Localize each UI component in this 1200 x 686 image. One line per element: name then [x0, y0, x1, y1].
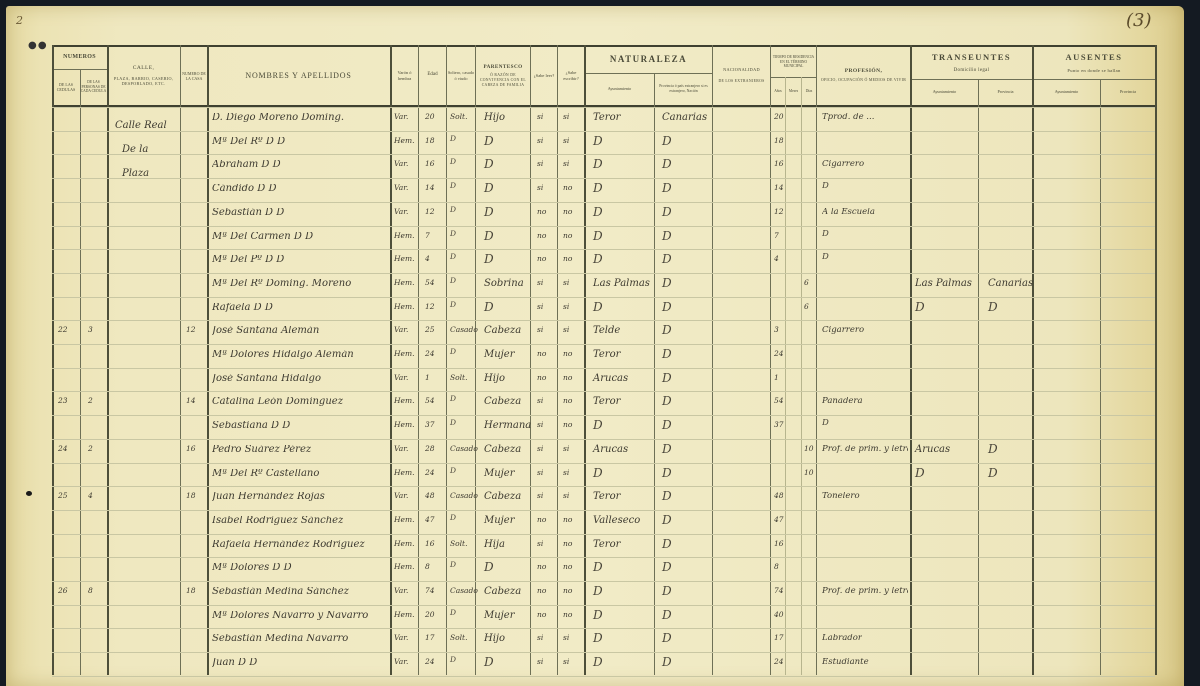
cell-nat-prov: D	[662, 561, 672, 573]
cell-nombre: Mª Dolores Navarro y Navarro	[212, 611, 368, 621]
header-tiempo-anos: Años	[771, 78, 785, 104]
cell-edad: 14	[425, 184, 435, 192]
cell-nat-ayto: D	[593, 656, 603, 668]
header-numero-casa: NUMERO DE LA CASA	[181, 47, 207, 104]
cell-cedula: 25	[58, 492, 68, 500]
cell-anos: 3	[774, 326, 779, 334]
cell-parentesco: Hijo	[484, 374, 505, 384]
header-tiempo-dias: Días	[802, 78, 816, 104]
cell-nombre: Mª Del Pº D D	[212, 255, 284, 265]
cell-nombre: Cándido D D	[212, 184, 276, 194]
cell-escribir: no	[563, 184, 572, 192]
cell-anos: 17	[774, 634, 784, 642]
cell-parentesco: Hija	[484, 540, 505, 550]
cell-estado: Casado	[450, 445, 478, 453]
header-profesion: PROFESIÓN, OFICIO, OCUPACIÓN Ó MEDIOS DE…	[817, 47, 910, 104]
cell-leer: si	[537, 421, 543, 429]
cell-escribir: si	[563, 303, 569, 311]
cell-anos: 24	[774, 350, 784, 358]
cell-trans-prov: D	[988, 301, 998, 313]
cell-nat-ayto: Teror	[593, 397, 620, 407]
cell-nombre: Rafaela D D	[212, 303, 273, 313]
cell-edad: 54	[425, 397, 435, 405]
cell-parentesco: Mujer	[484, 611, 514, 621]
cell-anos: 8	[774, 563, 779, 571]
cell-parentesco: Hijo	[484, 634, 505, 644]
cell-meses: 6	[804, 303, 809, 311]
cell-nat-prov: D	[662, 253, 672, 265]
cell-nombre: Sebastián Medina Sánchez	[212, 587, 349, 597]
cell-escribir: si	[563, 160, 569, 168]
cell-leer: si	[537, 303, 543, 311]
cell-nat-prov: D	[662, 230, 672, 242]
cell-parentesco: D	[484, 230, 494, 242]
cell-trans-ayto: D	[915, 301, 925, 313]
cell-nat-ayto: Telde	[593, 326, 620, 336]
corner-mark: 2	[16, 14, 23, 27]
header-nacionalidad: NACIONALIDAD DE LOS EXTRANJEROS	[713, 47, 770, 104]
cell-nat-ayto: D	[593, 230, 603, 242]
cell-sexo: Hem.	[394, 303, 414, 311]
cell-anos: 12	[774, 208, 784, 216]
cell-escribir: no	[563, 540, 572, 548]
cell-nombre: Sebastiana D D	[212, 421, 290, 431]
cell-nat-prov: D	[662, 585, 672, 597]
cell-leer: si	[537, 184, 543, 192]
cell-escribir: no	[563, 255, 572, 263]
cell-nombre: Isabel Rodríguez Sánchez	[212, 516, 343, 526]
cell-profesion: Tprod. de ...	[822, 113, 874, 122]
header-ausentes-provincia: Provincia	[1101, 80, 1155, 104]
cell-sexo: Var.	[394, 184, 408, 192]
cell-estado: Casado	[450, 492, 478, 500]
cell-anos: 20	[774, 113, 784, 121]
cell-trans-prov: Canarias	[988, 279, 1033, 289]
cell-nat-ayto: D	[593, 632, 603, 644]
cell-edad: 25	[425, 326, 435, 334]
cell-edad: 24	[425, 469, 435, 477]
cell-estado: D	[450, 467, 456, 475]
cell-parentesco: D	[484, 656, 494, 668]
cell-parentesco: Hermana	[484, 421, 531, 431]
cell-edad: 16	[425, 540, 435, 548]
cell-profesion: D	[822, 419, 829, 428]
cell-nat-prov: D	[662, 490, 672, 502]
header-calle-title: CALLE,	[133, 65, 155, 72]
cell-estado: D	[450, 182, 456, 190]
cell-profesion: Prof. de prim. y letras	[822, 445, 908, 454]
cell-edad: 12	[425, 208, 435, 216]
cell-anos: 74	[774, 587, 784, 595]
cell-sexo: Hem.	[394, 516, 414, 524]
cell-edad: 37	[425, 421, 435, 429]
cell-persona: 3	[88, 326, 93, 334]
cell-estado: D	[450, 656, 456, 664]
header-nacionalidad-sub: DE LOS EXTRANJEROS	[718, 79, 764, 84]
cell-nat-prov: D	[662, 277, 672, 289]
header-naturaleza-ayuntamiento: Ayuntamiento	[585, 74, 654, 104]
cell-persona: 4	[88, 492, 93, 500]
header-naturaleza-provincia: Provincia ó país extranjero si es extran…	[655, 74, 712, 104]
cell-nat-prov: Canarias	[662, 113, 707, 123]
cell-anos: 7	[774, 232, 779, 240]
cell-trans-ayto: D	[915, 467, 925, 479]
header-parentesco-title: PARENTESCO	[483, 64, 522, 71]
cell-nombre: Mª Del Rº Doming. Moreno	[212, 279, 351, 289]
cell-parentesco: Cabeza	[484, 587, 521, 597]
cell-edad: 74	[425, 587, 435, 595]
cell-profesion: Panadera	[822, 397, 863, 406]
census-sheet	[6, 6, 1184, 675]
cell-anos: 24	[774, 658, 784, 666]
cell-sexo: Hem.	[394, 540, 414, 548]
cell-cedula: 22	[58, 326, 68, 334]
header-transeuntes-title: TRANSEUNTES	[932, 52, 1011, 63]
cell-estado: Solt.	[450, 634, 467, 642]
header-parentesco-sub: Ó RAZÓN DE CONVIVENCIA CON EL CABEZA DE …	[476, 73, 530, 87]
cell-leer: no	[537, 374, 546, 382]
cell-parentesco: Cabeza	[484, 445, 521, 455]
cell-estado: D	[450, 609, 456, 617]
cell-profesion: Estudiante	[822, 658, 869, 667]
cell-escribir: si	[563, 492, 569, 500]
cell-nat-ayto: Teror	[593, 113, 620, 123]
cell-sexo: Hem.	[394, 611, 414, 619]
cell-nat-prov: D	[662, 395, 672, 407]
cell-casa: 14	[186, 397, 196, 405]
cell-parentesco: D	[484, 182, 494, 194]
cell-cedula: 26	[58, 587, 68, 595]
cell-anos: 14	[774, 184, 784, 192]
cell-estado: Casado	[450, 326, 478, 334]
cell-nat-ayto: Teror	[593, 492, 620, 502]
cell-leer: si	[537, 634, 543, 642]
cell-nat-prov: D	[662, 538, 672, 550]
cell-nombre: Juan D D	[212, 658, 257, 668]
header-nacionalidad-title: NACIONALIDAD	[723, 67, 760, 72]
cell-estado: D	[450, 561, 456, 569]
cell-estado: Solt.	[450, 113, 467, 121]
cell-leer: no	[537, 516, 546, 524]
cell-parentesco: D	[484, 561, 494, 573]
cell-escribir: si	[563, 658, 569, 666]
header-tiempo-meses: Meses	[786, 78, 801, 104]
cell-edad: 4	[425, 255, 430, 263]
cell-nat-ayto: D	[593, 158, 603, 170]
cell-nat-ayto: D	[593, 561, 603, 573]
cell-parentesco: D	[484, 301, 494, 313]
cell-casa: 16	[186, 445, 196, 453]
cell-nat-prov: D	[662, 609, 672, 621]
cell-escribir: si	[563, 113, 569, 121]
cell-escribir: no	[563, 397, 572, 405]
cell-nombre: Sebastián Medina Navarro	[212, 634, 348, 644]
cell-nombre: Mª Del Carmen D D	[212, 232, 313, 242]
cell-escribir: si	[563, 445, 569, 453]
cell-sexo: Hem.	[394, 350, 414, 358]
street-line-1: Calle Real	[115, 121, 167, 131]
header-sabe-leer: ¿Sabe leer?	[531, 47, 557, 104]
cell-escribir: no	[563, 611, 572, 619]
header-transeuntes-sub: Domicilio legal	[954, 68, 990, 74]
cell-estado: D	[450, 301, 456, 309]
cell-leer: si	[537, 658, 543, 666]
header-ausentes-ayuntamiento: Ayuntamiento	[1033, 80, 1100, 104]
header-ausentes: AUSENTES Punto en donde se hallan	[1033, 47, 1155, 79]
cell-escribir: si	[563, 137, 569, 145]
page-number: (3)	[1126, 10, 1152, 31]
cell-leer: no	[537, 587, 546, 595]
cell-parentesco: Sobrina	[484, 279, 524, 289]
cell-meses: 10	[804, 469, 814, 477]
header-numeros-cedulas: DE LAS CEDULAS	[52, 70, 80, 104]
cell-escribir: si	[563, 326, 569, 334]
cell-trans-prov: D	[988, 467, 998, 479]
street-line-3: Plaza	[122, 169, 149, 179]
cell-anos: 37	[774, 421, 784, 429]
cell-nat-ayto: Teror	[593, 350, 620, 360]
cell-nat-ayto: D	[593, 301, 603, 313]
cell-sexo: Hem.	[394, 563, 414, 571]
cell-cedula: 24	[58, 445, 68, 453]
cell-nat-ayto: D	[593, 467, 603, 479]
cell-edad: 7	[425, 232, 430, 240]
cell-parentesco: Cabeza	[484, 397, 521, 407]
cell-nat-prov: D	[662, 372, 672, 384]
cell-edad: 16	[425, 160, 435, 168]
cell-escribir: si	[563, 469, 569, 477]
cell-anos: 54	[774, 397, 784, 405]
cell-nombre: Juan Hernández Rojas	[212, 492, 325, 502]
cell-nat-prov: D	[662, 632, 672, 644]
cell-sexo: Var.	[394, 160, 408, 168]
cell-leer: si	[537, 540, 543, 548]
cell-meses: 10	[804, 445, 814, 453]
cell-anos: 18	[774, 137, 784, 145]
cell-sexo: Var.	[394, 492, 408, 500]
cell-parentesco: Cabeza	[484, 492, 521, 502]
cell-nat-prov: D	[662, 419, 672, 431]
cell-profesion: D	[822, 182, 829, 191]
cell-leer: si	[537, 137, 543, 145]
cell-sexo: Hem.	[394, 255, 414, 263]
header-numeros: NUMEROS	[52, 47, 107, 69]
ink-spot	[26, 491, 32, 496]
cell-nombre: Mª Del Rº D D	[212, 137, 285, 147]
cell-estado: D	[450, 348, 456, 356]
cell-edad: 28	[425, 445, 435, 453]
cell-nat-ayto: D	[593, 206, 603, 218]
cell-estado: D	[450, 514, 456, 522]
cell-estado: D	[450, 277, 456, 285]
cell-sexo: Hem.	[394, 279, 414, 287]
cell-anos: 47	[774, 516, 784, 524]
punch-marks: ● ●	[28, 40, 46, 51]
cell-nombre: Mª Del Rº Castellano	[212, 469, 319, 479]
cell-edad: 18	[425, 137, 435, 145]
cell-estado: D	[450, 206, 456, 214]
cell-escribir: no	[563, 421, 572, 429]
cell-persona: 8	[88, 587, 93, 595]
cell-leer: si	[537, 326, 543, 334]
header-parentesco: PARENTESCO Ó RAZÓN DE CONVIVENCIA CON EL…	[476, 47, 530, 104]
header-numeros-personas: DE LAS PERSONAS DE CADA CEDULA	[80, 70, 107, 104]
cell-parentesco: Mujer	[484, 516, 514, 526]
cell-nat-prov: D	[662, 206, 672, 218]
cell-leer: si	[537, 160, 543, 168]
cell-nombre: D. Diego Moreno Doming.	[212, 113, 344, 123]
header-transeuntes-ayuntamiento: Ayuntamiento	[911, 80, 978, 104]
cell-nombre: José Santana Alemán	[212, 326, 319, 336]
cell-leer: no	[537, 611, 546, 619]
cell-estado: D	[450, 395, 456, 403]
cell-nat-ayto: D	[593, 135, 603, 147]
header-profesion-title: PROFESIÓN,	[845, 68, 882, 75]
cell-sexo: Var.	[394, 445, 408, 453]
cell-escribir: no	[563, 563, 572, 571]
header-ausentes-sub: Punto en donde se hallan	[1067, 68, 1120, 74]
cell-parentesco: D	[484, 158, 494, 170]
header-transeuntes-provincia: Provincia	[979, 80, 1032, 104]
cell-sexo: Var.	[394, 326, 408, 334]
cell-escribir: no	[563, 350, 572, 358]
cell-leer: si	[537, 469, 543, 477]
cell-escribir: no	[563, 208, 572, 216]
cell-escribir: no	[563, 516, 572, 524]
header-naturaleza: NATURALEZA	[585, 47, 712, 73]
header-ausentes-title: AUSENTES	[1066, 52, 1123, 63]
cell-anos: 16	[774, 160, 784, 168]
cell-cedula: 23	[58, 397, 68, 405]
cell-nat-prov: D	[662, 348, 672, 360]
cell-nat-prov: D	[662, 301, 672, 313]
cell-nat-prov: D	[662, 158, 672, 170]
cell-edad: 1	[425, 374, 430, 382]
cell-escribir: no	[563, 232, 572, 240]
cell-nombre: José Santana Hidalgo	[212, 374, 321, 384]
cell-nombre: Abraham D D	[212, 160, 281, 170]
cell-edad: 12	[425, 303, 435, 311]
cell-casa: 18	[186, 587, 196, 595]
cell-nat-prov: D	[662, 182, 672, 194]
cell-edad: 24	[425, 658, 435, 666]
cell-edad: 20	[425, 611, 435, 619]
cell-nat-prov: D	[662, 514, 672, 526]
cell-edad: 47	[425, 516, 435, 524]
cell-edad: 20	[425, 113, 435, 121]
cell-profesion: A la Escuela	[822, 208, 875, 217]
cell-leer: si	[537, 445, 543, 453]
cell-profesion: D	[822, 230, 829, 239]
cell-leer: no	[537, 350, 546, 358]
header-tiempo-residencia: TIEMPO DE RESIDENCIA EN EL TÉRMINO MUNIC…	[771, 47, 816, 77]
cell-anos: 40	[774, 611, 784, 619]
cell-nat-prov: D	[662, 443, 672, 455]
cell-nat-ayto: Arucas	[593, 445, 628, 455]
cell-parentesco: D	[484, 135, 494, 147]
cell-trans-ayto: Las Palmas	[915, 279, 972, 289]
cell-profesion: Cigarrero	[822, 160, 864, 169]
cell-sexo: Var.	[394, 587, 408, 595]
cell-estado: Solt.	[450, 374, 467, 382]
cell-anos: 1	[774, 374, 779, 382]
cell-profesion: Labrador	[822, 634, 862, 643]
cell-nat-ayto: Arucas	[593, 374, 628, 384]
cell-trans-prov: D	[988, 443, 998, 455]
cell-parentesco: Cabeza	[484, 326, 521, 336]
header-transeuntes: TRANSEUNTES Domicilio legal	[911, 47, 1032, 79]
cell-leer: no	[537, 208, 546, 216]
cell-trans-ayto: Arucas	[915, 445, 950, 455]
cell-edad: 24	[425, 350, 435, 358]
cell-sexo: Var.	[394, 113, 408, 121]
header-varon: Varón ó hembra	[391, 47, 418, 104]
cell-anos: 4	[774, 255, 779, 263]
cell-leer: no	[537, 563, 546, 571]
cell-nat-prov: D	[662, 135, 672, 147]
cell-nat-ayto: D	[593, 419, 603, 431]
cell-nombre: Catalina León Domínguez	[212, 397, 343, 407]
cell-escribir: si	[563, 279, 569, 287]
header-calle-sub: PLAZA, BARRIO, CASERIO, DESPOBLADO, ETC.	[107, 76, 180, 87]
cell-casa: 18	[186, 492, 196, 500]
cell-anos: 48	[774, 492, 784, 500]
cell-edad: 48	[425, 492, 435, 500]
cell-persona: 2	[88, 397, 93, 405]
header-calle: CALLE, PLAZA, BARRIO, CASERIO, DESPOBLAD…	[107, 47, 180, 104]
cell-sexo: Hem.	[394, 397, 414, 405]
cell-estado: Casado	[450, 587, 478, 595]
cell-parentesco: D	[484, 206, 494, 218]
cell-nat-ayto: Las Palmas	[593, 279, 650, 289]
cell-nat-prov: D	[662, 324, 672, 336]
header-profesion-sub: OFICIO, OCUPACIÓN Ó MEDIOS DE VIVIR	[821, 78, 906, 83]
cell-sexo: Var.	[394, 208, 408, 216]
cell-leer: si	[537, 492, 543, 500]
cell-parentesco: Hijo	[484, 113, 505, 123]
cell-nat-ayto: D	[593, 253, 603, 265]
cell-profesion: D	[822, 253, 829, 262]
cell-escribir: si	[563, 634, 569, 642]
cell-persona: 2	[88, 445, 93, 453]
cell-leer: si	[537, 113, 543, 121]
cell-nat-ayto: Valleseco	[593, 516, 640, 526]
cell-profesion: Prof. de prim. y letras	[822, 587, 908, 596]
cell-nat-ayto: D	[593, 585, 603, 597]
header-nombres: NOMBRES Y APELLIDOS	[207, 47, 390, 104]
cell-sexo: Hem.	[394, 232, 414, 240]
cell-leer: no	[537, 232, 546, 240]
cell-nat-prov: D	[662, 467, 672, 479]
cell-nat-prov: D	[662, 656, 672, 668]
cell-parentesco: Mujer	[484, 469, 514, 479]
cell-estado: D	[450, 419, 456, 427]
header-edad: Edad	[419, 47, 446, 104]
cell-leer: no	[537, 255, 546, 263]
header-estado: Soltero, casado ó viudo	[447, 47, 475, 104]
cell-meses: 6	[804, 279, 809, 287]
cell-profesion: Tonelero	[822, 492, 860, 501]
header-sabe-escribir: ¿Sabe escribir?	[558, 47, 584, 104]
cell-estado: D	[450, 230, 456, 238]
cell-casa: 12	[186, 326, 196, 334]
street-line-2: De la	[122, 145, 148, 155]
cell-sexo: Hem.	[394, 421, 414, 429]
cell-sexo: Hem.	[394, 469, 414, 477]
cell-parentesco: D	[484, 253, 494, 265]
cell-estado: D	[450, 253, 456, 261]
cell-escribir: no	[563, 374, 572, 382]
